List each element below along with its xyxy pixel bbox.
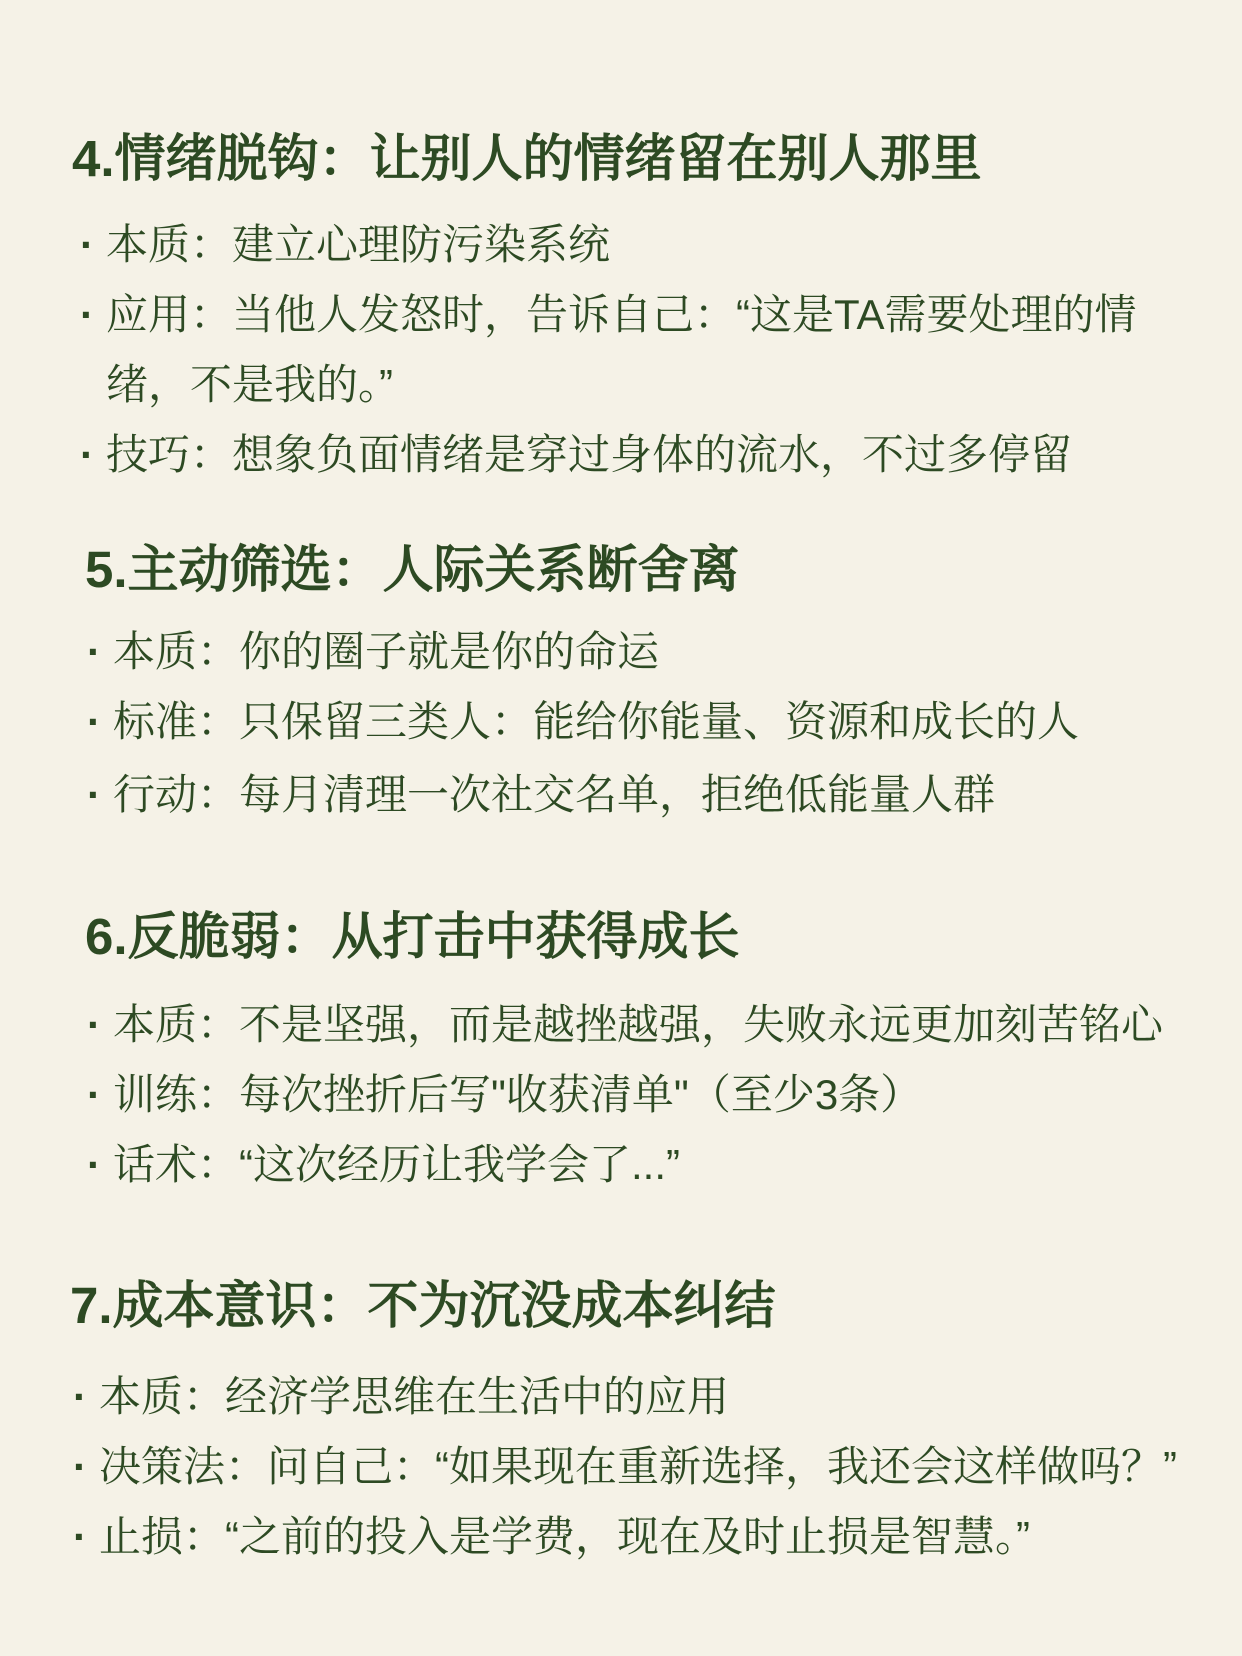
bullet-text: 技巧：想象负面情绪是穿过身体的流水，不过多停留 [106,420,1204,490]
bullet-text: 行动：每月清理一次社交名单，拒绝低能量人群 [113,760,1204,830]
bullet-dot-icon: · [80,210,106,280]
bullet-dot-icon: · [87,990,113,1060]
bullet-text: 本质：建立心理防污染系统 [106,210,1204,280]
bullet-item: · 本质：建立心理防污染系统 [80,210,1204,280]
bullet-text: 训练：每次挫折后写"收获清单"（至少3条） [113,1060,1204,1130]
bullet-item: · 本质：你的圈子就是你的命运 [87,617,1204,687]
section-heading-4: 4.情绪脱钩：让别人的情绪留在别人那里 [72,131,1204,187]
bullet-item: · 止损：“之前的投入是学费，现在及时止损是智慧。” [73,1502,1204,1572]
bullet-dot-icon: · [87,1060,113,1130]
bullet-item: · 技巧：想象负面情绪是穿过身体的流水，不过多停留 [80,420,1204,490]
bullet-item: · 决策法：问自己：“如果现在重新选择，我还会这样做吗？” [73,1432,1204,1502]
bullet-dot-icon: · [87,687,113,757]
bullet-text: 决策法：问自己：“如果现在重新选择，我还会这样做吗？” [99,1432,1204,1502]
bullet-item: · 本质：经济学思维在生活中的应用 [73,1362,1204,1432]
bullet-dot-icon: · [87,617,113,687]
bullet-text: 应用：当他人发怒时，告诉自己：“这是TA需要处理的情绪，不是我的。” [106,280,1204,420]
section-7-bullets: · 本质：经济学思维在生活中的应用 · 决策法：问自己：“如果现在重新选择，我还… [73,1362,1204,1572]
bullet-dot-icon: · [73,1362,99,1432]
bullet-dot-icon: · [87,1130,113,1200]
bullet-item: · 行动：每月清理一次社交名单，拒绝低能量人群 [87,760,1204,830]
bullet-text: 止损：“之前的投入是学费，现在及时止损是智慧。” [99,1502,1204,1572]
bullet-item: · 话术：“这次经历让我学会了...” [87,1130,1204,1200]
section-4-bullets: · 本质：建立心理防污染系统 · 应用：当他人发怒时，告诉自己：“这是TA需要处… [80,210,1204,490]
bullet-item: · 本质：不是坚强，而是越挫越强，失败永远更加刻苦铭心 [87,990,1204,1060]
section-heading-7: 7.成本意识：不为沉没成本纠结 [70,1278,1204,1334]
bullet-dot-icon: · [80,420,106,490]
bullet-text: 标准：只保留三类人：能给你能量、资源和成长的人 [113,687,1204,757]
bullet-dot-icon: · [73,1502,99,1572]
bullet-text: 本质：不是坚强，而是越挫越强，失败永远更加刻苦铭心 [113,990,1204,1060]
bullet-dot-icon: · [80,280,106,350]
bullet-dot-icon: · [87,760,113,830]
bullet-item: · 训练：每次挫折后写"收获清单"（至少3条） [87,1060,1204,1130]
note-page: 4.情绪脱钩：让别人的情绪留在别人那里 · 本质：建立心理防污染系统 · 应用：… [0,0,1242,1656]
bullet-item: · 标准：只保留三类人：能给你能量、资源和成长的人 [87,687,1204,757]
section-heading-6: 6.反脆弱：从打击中获得成长 [85,909,1204,965]
bullet-item: · 应用：当他人发怒时，告诉自己：“这是TA需要处理的情绪，不是我的。” [80,280,1204,420]
section-5-bullets: · 本质：你的圈子就是你的命运 · 标准：只保留三类人：能给你能量、资源和成长的… [87,617,1204,830]
bullet-text: 话术：“这次经历让我学会了...” [113,1130,1204,1200]
bullet-text: 本质：你的圈子就是你的命运 [113,617,1204,687]
section-heading-5: 5.主动筛选：人际关系断舍离 [85,542,1204,598]
section-6-bullets: · 本质：不是坚强，而是越挫越强，失败永远更加刻苦铭心 · 训练：每次挫折后写"… [87,990,1204,1200]
bullet-text: 本质：经济学思维在生活中的应用 [99,1362,1204,1432]
bullet-dot-icon: · [73,1432,99,1502]
